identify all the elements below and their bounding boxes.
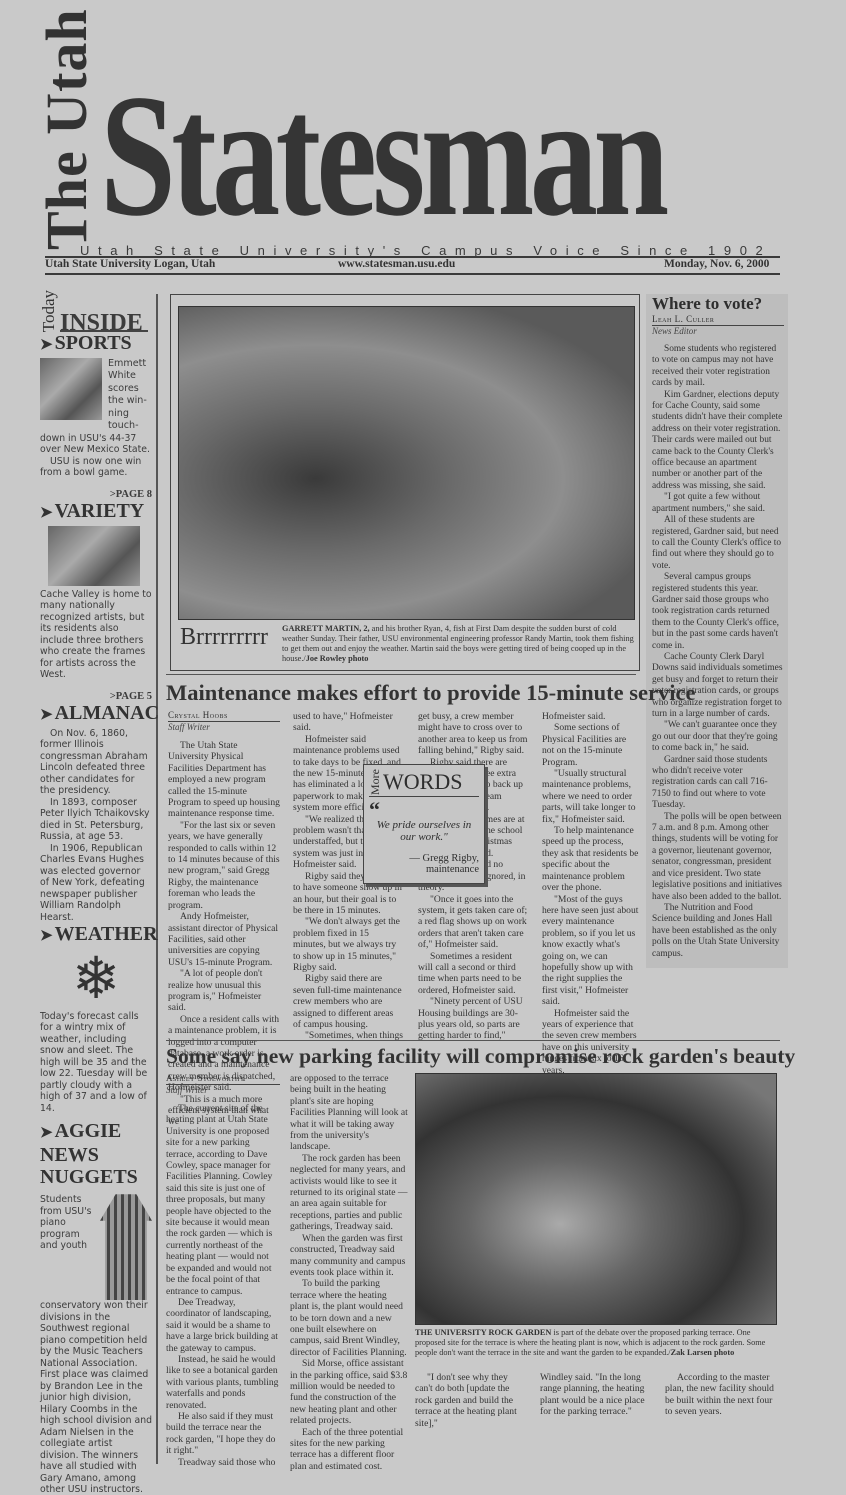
article-paragraph: "Most of the guys here have seen just ab… xyxy=(542,894,640,1008)
article-paragraph: "I don't see why they can't do both [upd… xyxy=(415,1372,527,1429)
article-paragraph: Sid Morse, office assistant in the parki… xyxy=(290,1358,408,1426)
article-paragraph: The rock garden has been neglected for m… xyxy=(290,1153,408,1233)
article-paragraph: When the garden was first constructed, T… xyxy=(290,1233,408,1279)
sports-text: down in USU's 44-37 over New Mexico Stat… xyxy=(40,433,152,456)
article-paragraph: Dee Treadway, coordinator of landscaping… xyxy=(166,1297,280,1354)
article2-headline[interactable]: Some say new parking facility will compr… xyxy=(166,1044,795,1069)
section-nuggets-title: AGGIE NEWS NUGGETS xyxy=(40,1120,138,1188)
section-almanac: On Nov. 6, 1860, former Illinois congres… xyxy=(40,728,152,924)
sidebar-paragraph: Kim Gardner, elections deputy for Cache … xyxy=(652,390,784,493)
sidebar-paragraph: All of these students are registered, Ga… xyxy=(652,515,784,572)
section-sports: Emmett White scores the win- ning touch-… xyxy=(40,358,152,501)
photo-credit: Zak Larsen photo xyxy=(671,1348,735,1357)
inside-header: Today INSIDE xyxy=(40,290,152,332)
article-paragraph: Andy Hofmeister, assistant director of P… xyxy=(168,911,280,968)
article-paragraph: "A lot of people don't realize how unusu… xyxy=(168,968,280,1014)
masthead-vertical-label: The Utah xyxy=(36,90,100,250)
article-paragraph: He also said if they must build the terr… xyxy=(166,1411,280,1457)
section-sports-title: SPORTS xyxy=(55,332,132,354)
words-label: WORDS xyxy=(383,769,462,795)
article1-top-rule xyxy=(166,674,636,675)
photo-credit: Joe Rowley photo xyxy=(306,654,369,663)
article2-byline: Ashley Stolworthy xyxy=(166,1073,280,1085)
quote-text: We pride ourselves in our work." xyxy=(369,819,479,843)
where-to-vote-sidebar: Where to vote? Leah L. Culler News Edito… xyxy=(646,294,788,968)
quote-attribution: — Gregg Rigby, xyxy=(369,853,479,864)
sports-page-label: PAGE 8 xyxy=(116,489,152,500)
article2-col5: According to the master plan, the new fa… xyxy=(665,1372,777,1418)
masthead-vertical-text: The Utah xyxy=(36,8,98,250)
arrow-icon: ➤ xyxy=(40,928,53,944)
more-label: More xyxy=(369,769,381,795)
section-nuggets-heading: ➤AGGIE NEWS NUGGETS xyxy=(40,1120,152,1188)
article-paragraph: To build the parking terrace where the h… xyxy=(290,1278,408,1358)
article1-headline[interactable]: Maintenance makes effort to provide 15-m… xyxy=(166,680,695,706)
section-nuggets: Students from USU's piano program and yo… xyxy=(40,1194,152,1495)
almanac-item: In 1893, composer Peter Ilyich Tchaikovs… xyxy=(40,797,152,843)
masthead-rule-bottom xyxy=(45,273,780,275)
article-paragraph: Instead, he said he would like to see a … xyxy=(166,1354,280,1411)
sidebar-title: Where to vote? xyxy=(652,294,784,314)
sidebar-byline: Leah L. Culler xyxy=(652,314,784,326)
article-paragraph: "Ninety percent of USU Housing buildings… xyxy=(418,996,528,1042)
sidebar-paragraph: "We can't guarantee once they go out our… xyxy=(652,720,784,754)
article-paragraph: The Utah State University Physical Facil… xyxy=(168,740,280,820)
article-paragraph: "We don't always get the problem fixed i… xyxy=(293,916,403,973)
section-sports-heading[interactable]: ➤SPORTS xyxy=(40,338,152,352)
inside-label: INSIDE xyxy=(60,318,148,333)
article-paragraph: According to the master plan, the new fa… xyxy=(665,1372,777,1418)
article2-col3: "I don't see why they can't do both [upd… xyxy=(415,1372,527,1429)
article1-byline: Crystal Hoobs xyxy=(168,710,280,722)
article-paragraph: get busy, a crew member might have to cr… xyxy=(418,711,528,757)
article-paragraph: Hofmeister said. xyxy=(542,711,640,722)
almanac-item: In 1906, Republican Charles Evans Hughes… xyxy=(40,843,152,924)
sidebar-paragraph: Gardner said those students who didn't r… xyxy=(652,755,784,812)
dateline-date: Monday, Nov. 6, 2000 xyxy=(664,258,769,270)
section-variety-title: VARIETY xyxy=(55,500,145,522)
article2-col1: Ashley Stolworthy Staff Writer The curre… xyxy=(166,1073,280,1468)
quote-attribution-role: maintenance xyxy=(369,864,479,875)
left-column-divider xyxy=(156,294,158,1464)
main-photo-kids-fishing xyxy=(178,306,635,620)
section-variety: Cache Valley is home to many nationally … xyxy=(40,526,152,703)
article-paragraph: Sometimes a resident will call a second … xyxy=(418,951,528,997)
quote-mark-icon: “ xyxy=(369,801,479,819)
article-paragraph: Rigby said there are seven full-time mai… xyxy=(293,973,403,1030)
rock-garden-photo xyxy=(415,1073,777,1325)
sidebar-paragraph: Some students who registered to vote on … xyxy=(652,344,784,390)
arrow-icon: ➤ xyxy=(40,505,53,521)
dateline-url[interactable]: www.statesman.usu.edu xyxy=(338,258,455,270)
section-almanac-heading: ➤ALMANAC xyxy=(40,708,152,722)
article-paragraph: "For the last six or seven years, we hav… xyxy=(168,820,280,911)
section-weather-heading: ➤WEATHER xyxy=(40,929,152,943)
variety-page-ref[interactable]: >PAGE 5 xyxy=(40,691,152,703)
variety-page-label: PAGE 5 xyxy=(116,691,152,702)
sidebar-paragraph: "I got quite a few without apartment num… xyxy=(652,492,784,515)
caption-subject: THE UNIVERSITY ROCK GARDEN xyxy=(415,1328,551,1337)
article-paragraph: The current site of the heating plant at… xyxy=(166,1103,280,1297)
masthead-title: Statesman xyxy=(100,60,665,250)
article-paragraph: "Once it goes into the system, it gets t… xyxy=(418,894,528,951)
section-weather-title: WEATHER xyxy=(55,923,158,945)
section-weather: ❄ Today's forecast calls for a wintry mi… xyxy=(40,949,152,1115)
inside-column: Today INSIDE ➤SPORTS Emmett White scores… xyxy=(40,290,152,1495)
main-photo-caption: GARRETT MARTIN, 2, and his brother Ryan,… xyxy=(282,624,634,664)
rock-garden-caption: THE UNIVERSITY ROCK GARDEN is part of th… xyxy=(415,1328,777,1358)
snowflake-icon: ❄ xyxy=(40,949,152,1007)
article1-role: Staff Writer xyxy=(168,722,280,732)
dateline-location: Utah State University Logan, Utah xyxy=(45,258,215,270)
article-paragraph: Treadway said those who xyxy=(166,1457,280,1468)
article2-col2: are opposed to the terrace being built i… xyxy=(290,1073,408,1472)
article-paragraph: To help maintenance speed up the process… xyxy=(542,825,640,893)
sports-page-ref[interactable]: >PAGE 8 xyxy=(40,489,152,501)
article-paragraph: used to have," Hofmeister said. xyxy=(293,711,403,734)
article-paragraph: Windley said. "In the long range plannin… xyxy=(540,1372,652,1418)
article-paragraph: are opposed to the terrace being built i… xyxy=(290,1073,408,1153)
article-paragraph: "Usually structural maintenance problems… xyxy=(542,768,640,825)
article2-col4: Windley said. "In the long range plannin… xyxy=(540,1372,652,1418)
sidebar-body: Some students who registered to vote on … xyxy=(652,344,784,960)
sidebar-paragraph: The Nutrition and Food Science building … xyxy=(652,903,784,960)
arrow-icon: ➤ xyxy=(40,1125,53,1141)
sports-photo xyxy=(40,358,102,420)
article2-top-rule xyxy=(166,1040,780,1041)
old-main-tower-illustration xyxy=(100,1194,152,1300)
article-paragraph: Each of the three potential sites for th… xyxy=(290,1427,408,1473)
weather-text: Today's forecast calls for a wintry mix … xyxy=(40,1011,152,1115)
today-label: Today xyxy=(40,290,58,332)
section-almanac-title: ALMANAC xyxy=(55,702,159,724)
article2-role: Staff Writer xyxy=(166,1085,280,1095)
sidebar-paragraph: The polls will be open between 7 a.m. an… xyxy=(652,812,784,903)
section-variety-heading[interactable]: ➤VARIETY xyxy=(40,506,152,520)
article-paragraph: Some sections of Physical Facilities are… xyxy=(542,722,640,768)
sports-text-2: USU is now one win from a bowl game. xyxy=(40,456,152,479)
main-photo-caption-head: Brrrrrrrrr xyxy=(180,624,268,651)
caption-subject: GARRETT MARTIN, 2, xyxy=(282,624,370,633)
variety-photo xyxy=(48,526,140,586)
variety-text: Cache Valley is home to many nationally … xyxy=(40,589,152,681)
more-words-pull-quote: More WORDS “ We pride ourselves in our w… xyxy=(363,764,485,884)
sidebar-role: News Editor xyxy=(652,326,784,336)
sidebar-paragraph: Several campus groups registered student… xyxy=(652,572,784,652)
arrow-icon: ➤ xyxy=(40,337,53,353)
almanac-item: On Nov. 6, 1860, former Illinois congres… xyxy=(40,728,152,797)
arrow-icon: ➤ xyxy=(40,707,53,723)
